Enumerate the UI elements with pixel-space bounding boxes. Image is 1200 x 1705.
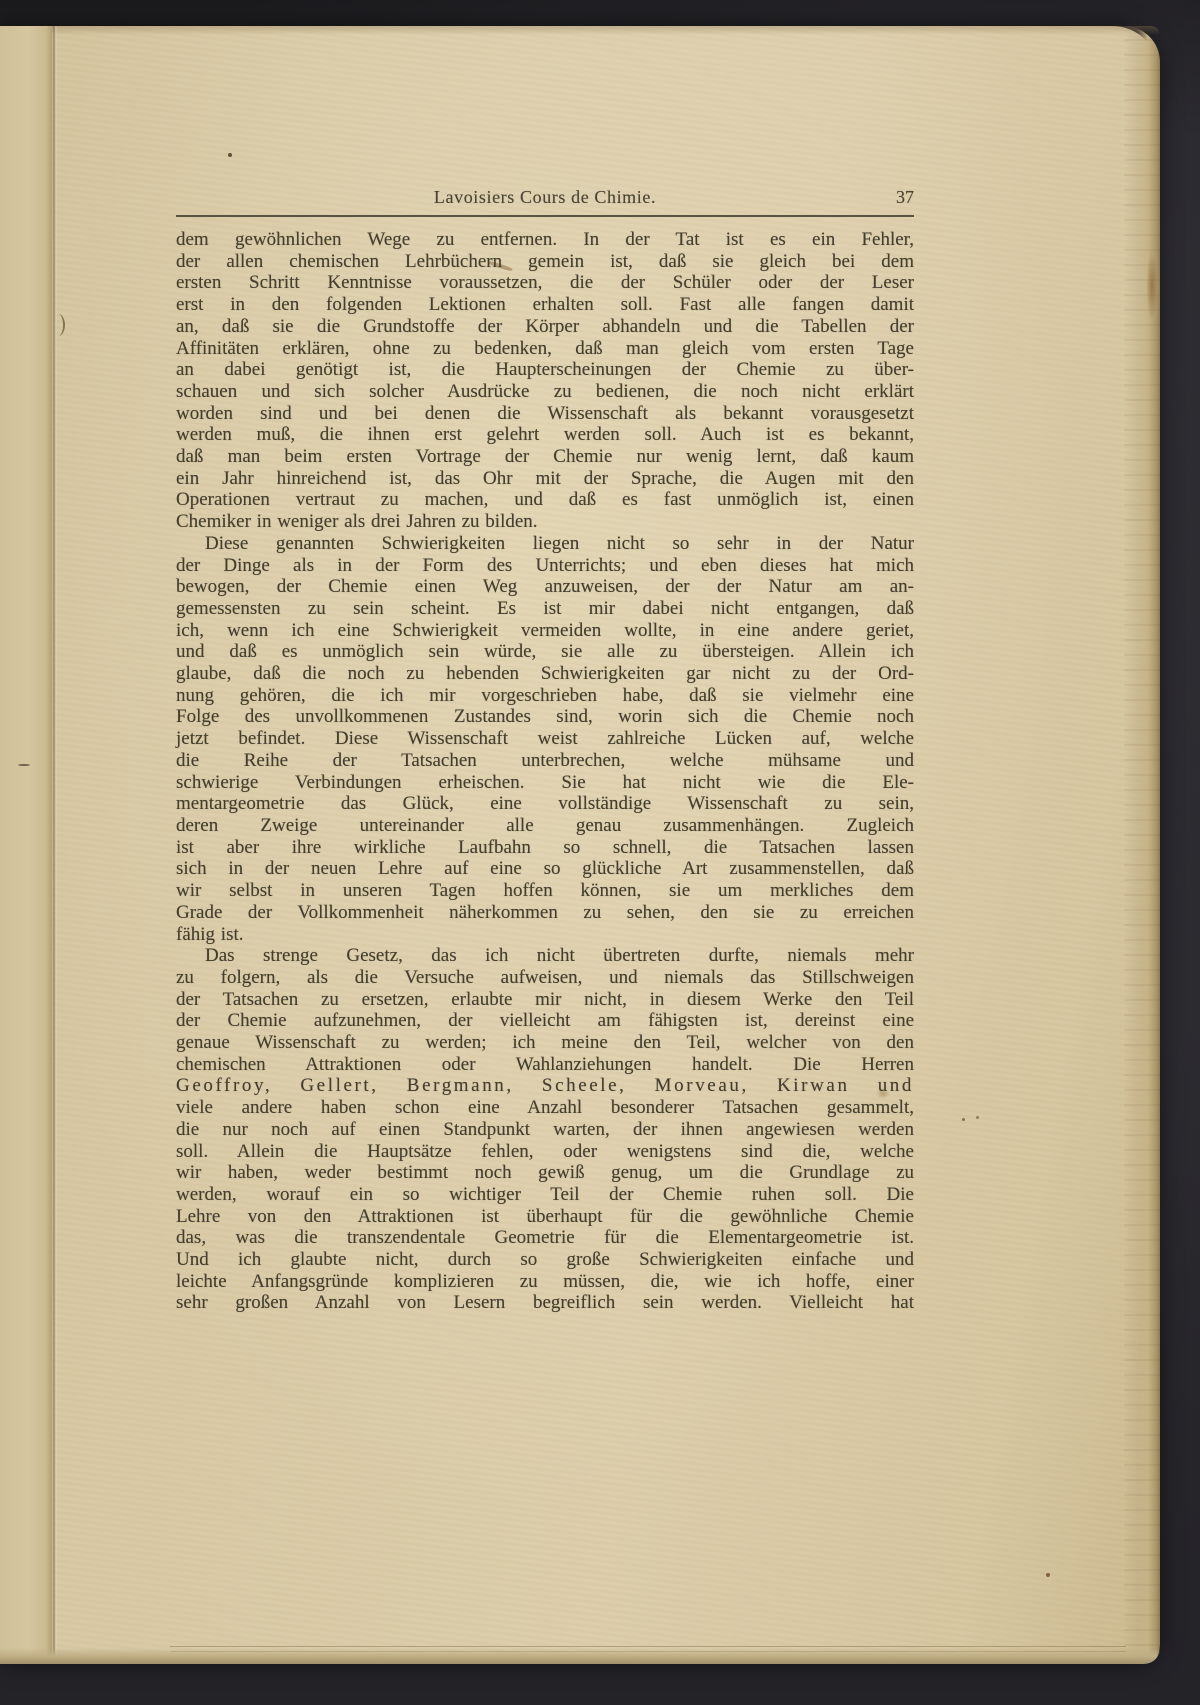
text-line: erst in den folgenden Lektionen erhalten…	[176, 294, 914, 316]
fore-edge-stain	[1146, 251, 1158, 321]
text-line: werden, worauf ein so wichtiger Teil der…	[176, 1184, 914, 1206]
text-line: schwierige Verbindungen erheischen. Sie …	[176, 772, 914, 794]
page-number: 37	[896, 182, 914, 212]
text-line: ein Jahr hinreichend ist, das Ohr mit de…	[176, 468, 914, 490]
text-line: chemischen Attraktionen oder Wahlanziehu…	[176, 1054, 914, 1076]
text-line: Geoffroy, Gellert, Bergmann, Scheele, Mo…	[176, 1075, 914, 1097]
text-line: Affinitäten erklären, ohne zu bedenken, …	[176, 338, 914, 360]
text-line: schauen und sich solcher Ausdrücke zu be…	[176, 381, 914, 403]
page-body-text: dem gewöhnlichen Wege zu entfernen. In d…	[176, 229, 914, 1314]
text-line: daß man beim ersten Vortrage der Chemie …	[176, 446, 914, 468]
page-stack-line	[170, 1651, 1126, 1652]
page-gutter-shadow	[0, 26, 52, 1664]
text-line: genaue Wissenschaft zu werden; ich meine…	[176, 1032, 914, 1054]
text-line: der allen chemischen Lehrbüchern gemein …	[176, 251, 914, 273]
text-line: an, daß sie die Grundstoffe der Körper a…	[176, 316, 914, 338]
paper-speck	[1046, 1573, 1050, 1577]
paper-speck	[18, 764, 30, 766]
text-line: gemessensten zu sein scheint. Es ist mir…	[176, 598, 914, 620]
paper-speck	[228, 153, 232, 157]
text-line: zu folgern, als die Versuche aufweisen, …	[176, 967, 914, 989]
text-line: sich in der neuen Lehre auf eine so glüc…	[176, 858, 914, 880]
text-line: ersten Schritt Kenntnisse voraussetzen, …	[176, 272, 914, 294]
running-head-title: Lavoisiers Cours de Chimie.	[176, 182, 914, 212]
paper-speck	[962, 1118, 965, 1121]
text-line: nung gehören, die ich mir vorgeschrieben…	[176, 685, 914, 707]
text-line: das, was die transzendentale Geometrie f…	[176, 1227, 914, 1249]
running-head: Lavoisiers Cours de Chimie. 37	[176, 182, 914, 212]
text-line: Folge des unvollkommenen Zustandes sind,…	[176, 706, 914, 728]
text-line: soll. Allein die Hauptsätze fehlen, oder…	[176, 1141, 914, 1163]
text-line: der Dinge als in der Form des Unterricht…	[176, 555, 914, 577]
text-line: die nur noch auf einen Standpunkt warten…	[176, 1119, 914, 1141]
text-line: ich, wenn ich eine Schwierigkeit vermeid…	[176, 620, 914, 642]
text-line: mentargeometrie das Glück, eine vollstän…	[176, 793, 914, 815]
binding-crease	[52, 26, 57, 1664]
text-line: Chemiker in weniger als drei Jahren zu b…	[176, 511, 914, 533]
text-line: und daß es unmöglich sein würde, sie all…	[176, 641, 914, 663]
text-line: fähig ist.	[176, 924, 914, 946]
text-line: wir haben, weder bestimmt noch gewiß gen…	[176, 1162, 914, 1184]
paper-speck	[976, 1116, 979, 1119]
text-line: der Chemie aufzunehmen, der vielleicht a…	[176, 1010, 914, 1032]
text-line: deren Zweige untereinander alle genau zu…	[176, 815, 914, 837]
text-line: werden muß, die ihnen erst gelehrt werde…	[176, 424, 914, 446]
text-line: Das strenge Gesetz, das ich nicht übertr…	[176, 945, 914, 967]
header-rule	[176, 215, 914, 217]
text-line: jetzt befindet. Diese Wissenschaft weist…	[176, 728, 914, 750]
text-line: worden sind und bei denen die Wissenscha…	[176, 403, 914, 425]
text-line: bewogen, der Chemie einen Weg anzuweisen…	[176, 576, 914, 598]
scanned-book-photo: Lavoisiers Cours de Chimie. 37 dem gewöh…	[0, 0, 1200, 1705]
text-line: viele andere haben schon eine Anzahl bes…	[176, 1097, 914, 1119]
text-line: wir selbst in unseren Tagen hoffen könne…	[176, 880, 914, 902]
text-line: leichte Anfangsgründe komplizieren zu mü…	[176, 1271, 914, 1293]
text-line: Diese genannten Schwierigkeiten liegen n…	[176, 533, 914, 555]
text-line: dem gewöhnlichen Wege zu entfernen. In d…	[176, 229, 914, 251]
text-line: ist aber ihre wirkliche Laufbahn so schn…	[176, 837, 914, 859]
text-line: an dabei genötigt ist, die Haupterschein…	[176, 359, 914, 381]
book-page: Lavoisiers Cours de Chimie. 37 dem gewöh…	[0, 26, 1160, 1664]
page-stack-line	[170, 1646, 1126, 1647]
text-line: Operationen vertraut zu machen, und daß …	[176, 489, 914, 511]
paper-curl-mark	[54, 314, 65, 336]
text-line: die Reihe der Tatsachen unterbrechen, we…	[176, 750, 914, 772]
text-block: Lavoisiers Cours de Chimie. 37 dem gewöh…	[176, 182, 914, 1314]
text-line: sehr großen Anzahl von Lesern begreiflic…	[176, 1292, 914, 1314]
text-line: der Tatsachen zu ersetzen, erlaubte mir …	[176, 989, 914, 1011]
text-line: Und ich glaubte nicht, durch so große Sc…	[176, 1249, 914, 1271]
text-line: glaube, daß die noch zu hebenden Schwier…	[176, 663, 914, 685]
text-line: Lehre von den Attraktionen ist überhaupt…	[176, 1206, 914, 1228]
text-line: Grade der Vollkommenheit näherkommen zu …	[176, 902, 914, 924]
